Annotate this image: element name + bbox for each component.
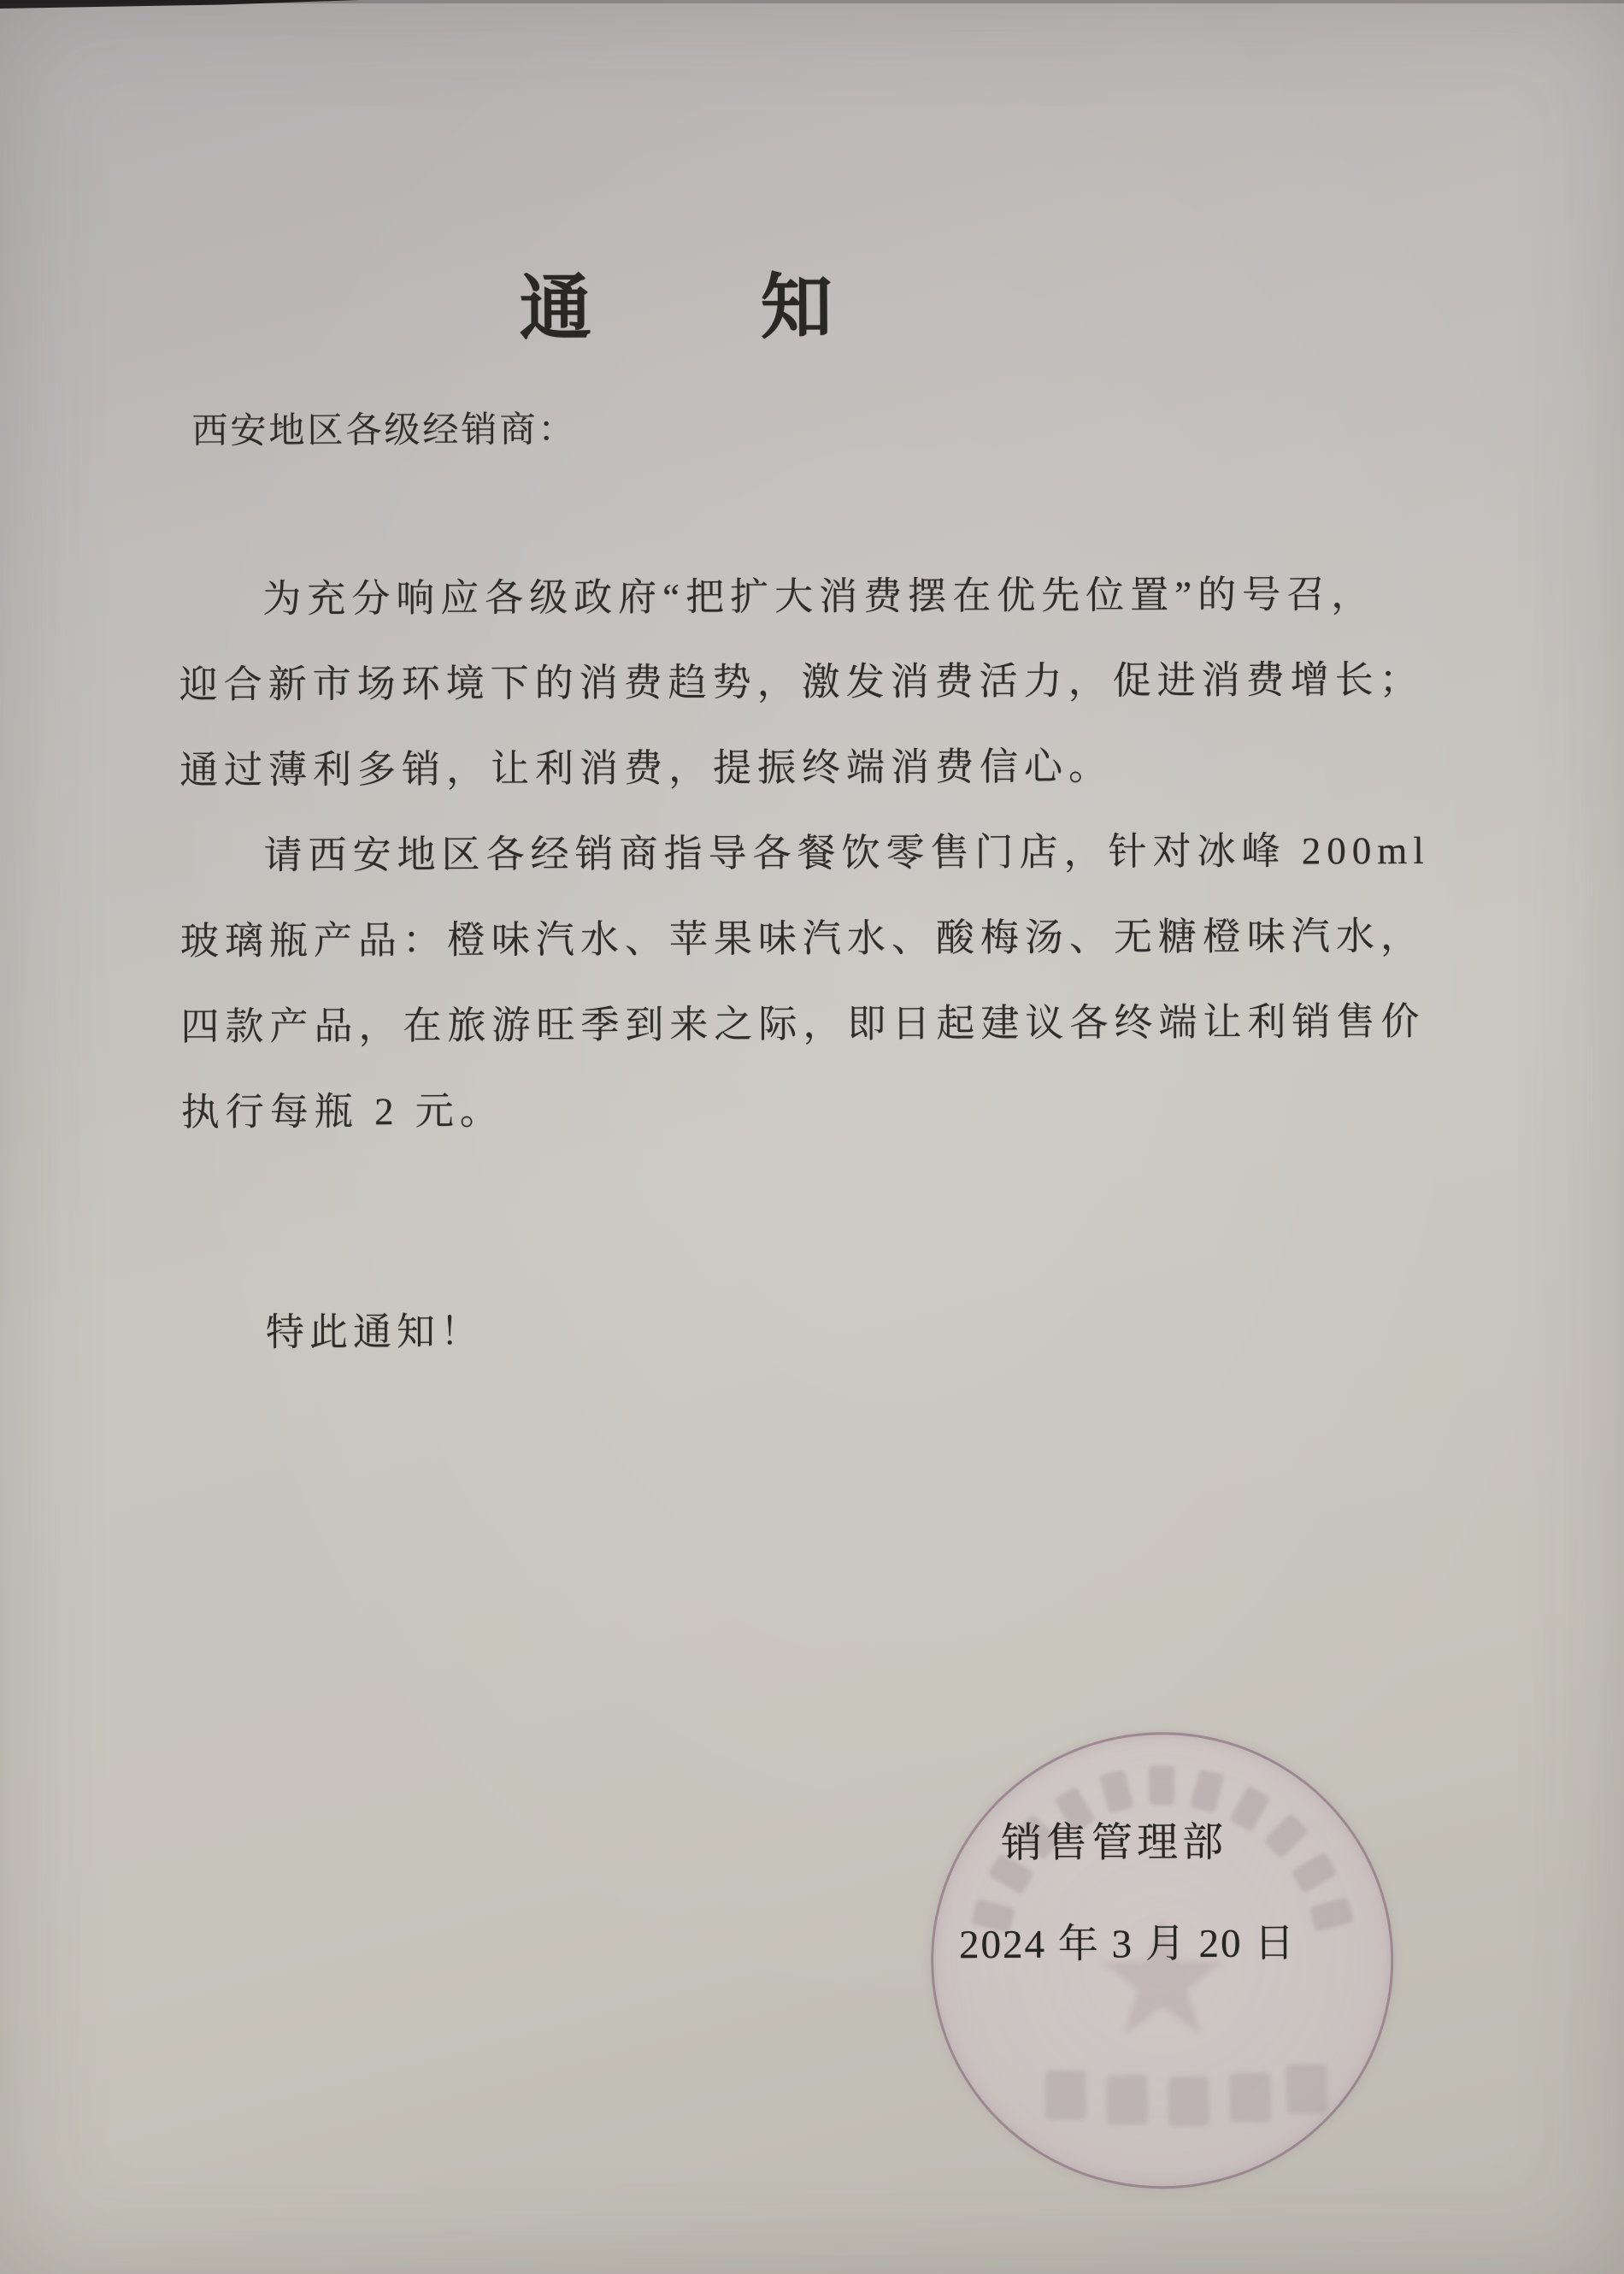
stamp-arc-mark — [1099, 1769, 1134, 1813]
closing-line: 特此通知！ — [182, 1289, 484, 1376]
stamp-smudge-mark — [1286, 2064, 1327, 2113]
stamp-arc-mark — [1149, 1765, 1174, 1805]
stamp-smudge-mark — [1230, 2073, 1271, 2123]
body-line: 四款产品，在旅游旺季到来之际，即日起建议各终端让利销售价 — [180, 979, 1428, 1069]
body-line: 通过薄利多销，让利消费，提振终端消费信心。 — [179, 722, 1427, 813]
stamp-arc-mark — [1263, 1813, 1309, 1859]
stamp-smudge-mark — [1045, 2071, 1086, 2120]
notice-title: 通 知 — [0, 247, 1364, 356]
body-line: 玻璃瓶产品：橙味汽水、苹果味汽水、酸梅汤、无糖橙味汽水， — [180, 893, 1428, 984]
body-line: 执行每瓶 2 元。 — [181, 1064, 1429, 1155]
stamp-arc-mark — [1190, 1769, 1225, 1813]
body-line: 请西安地区各经销商指导各餐饮零售门店，针对冰峰 200ml — [179, 808, 1427, 898]
notice-page: 通 知 西安地区各级经销商： 为充分响应各级政府“把扩大消费摆在优先位置”的号召… — [0, 0, 1624, 2274]
body-line: 迎合新市场环境下的消费趋势，激发消费活力，促进消费增长； — [179, 637, 1427, 728]
stamp-smudge-mark — [1168, 2077, 1209, 2126]
signature-date: 2024 年 3 月 20 日 — [935, 1911, 1320, 1970]
scanned-notice-photo: 通 知 西安地区各级经销商： 为充分响应各级政府“把扩大消费摆在优先位置”的号召… — [0, 0, 1624, 2274]
notice-body: 为充分响应各级政府“把扩大消费摆在优先位置”的号召， 迎合新市场环境下的消费趋势… — [179, 551, 1429, 1155]
salutation: 西安地区各级经销商： — [191, 401, 576, 454]
stamp-arc-mark — [1291, 1852, 1338, 1894]
signature-department: 销售管理部 — [977, 1809, 1250, 1869]
body-line: 为充分响应各级政府“把扩大消费摆在优先位置”的号召， — [179, 551, 1427, 642]
stamp-smudge-mark — [1107, 2075, 1148, 2124]
